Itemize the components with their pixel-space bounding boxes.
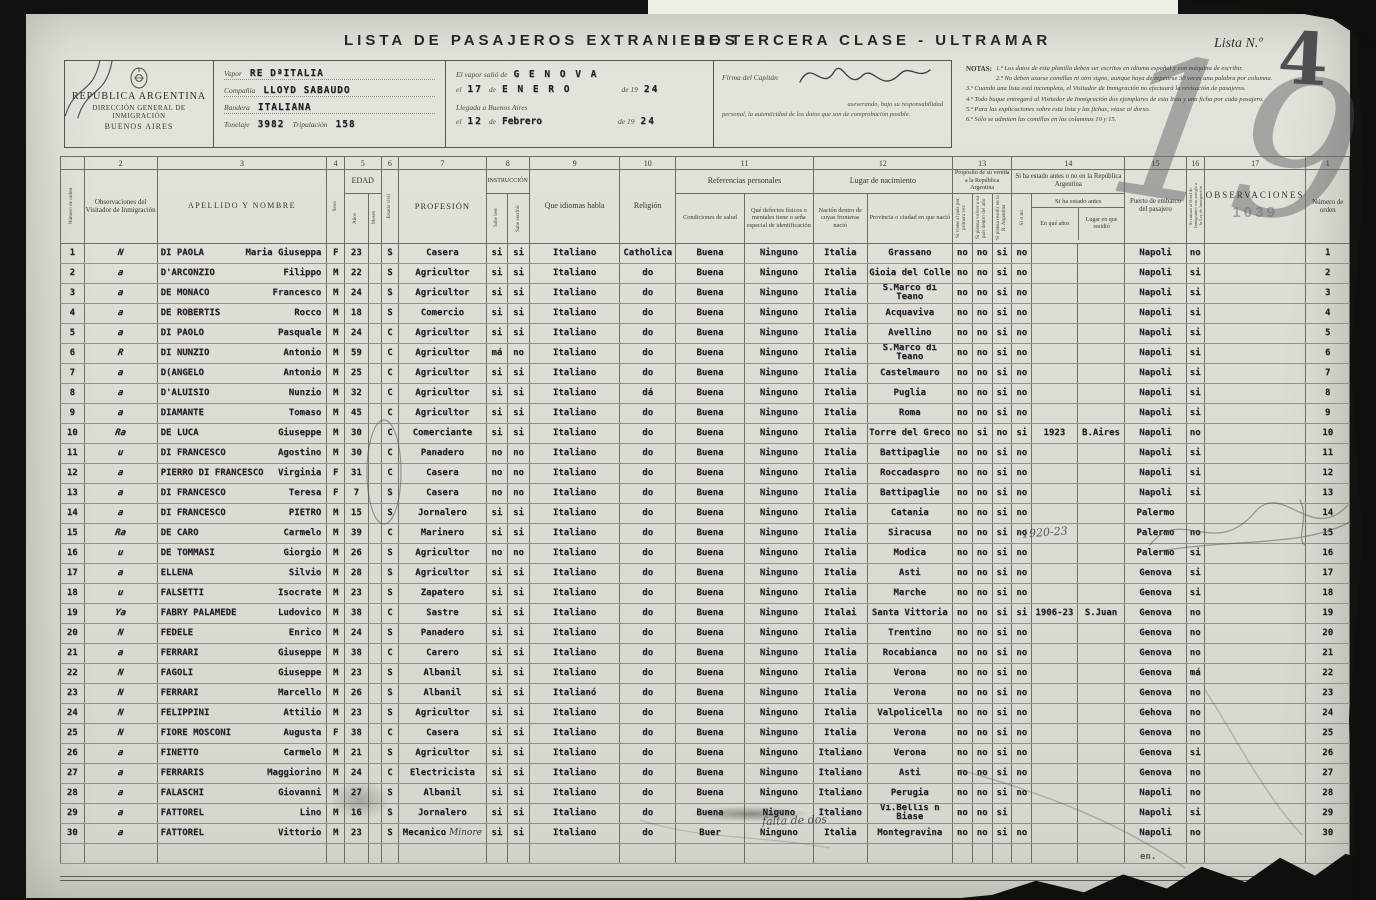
cell-civil: S	[381, 663, 399, 683]
cell-read: si	[486, 783, 508, 803]
cell-defects: Ninguno	[744, 723, 813, 743]
cell-port: Napoli	[1125, 483, 1186, 503]
cell-been: no	[1012, 323, 1032, 343]
cell-p2: no	[972, 523, 992, 543]
cell-been: no	[1012, 763, 1032, 783]
cell-p3: si	[992, 583, 1012, 603]
cell-hw: Ra	[83, 423, 159, 443]
cell-province: Rocabianca	[867, 643, 952, 663]
cell-months	[368, 523, 381, 543]
cell-years: 30	[344, 423, 368, 443]
cell-defects: Ninguno	[744, 683, 813, 703]
cell-defects: Ninguno	[744, 483, 813, 503]
cell-name: DI PAOLOPasquale	[157, 323, 327, 343]
scan-border-left	[0, 0, 26, 900]
cell-read: si	[486, 363, 508, 383]
cell-years: 45	[344, 403, 368, 423]
cell-name: FALSETTIIsocrate	[157, 583, 327, 603]
cell-rel: dá	[620, 383, 676, 403]
cell-obs	[1204, 743, 1306, 763]
cell-hotel: si	[1186, 383, 1204, 403]
cell-lang: Italiano	[529, 823, 619, 843]
cell-civil: S	[381, 503, 399, 523]
cell-write: si	[508, 603, 530, 623]
cell-sex: F	[327, 463, 345, 483]
cell-hw: a	[83, 263, 159, 283]
cell-sex: M	[327, 523, 345, 543]
cell-p3: si	[992, 303, 1012, 323]
cell-p3: si	[992, 403, 1012, 423]
cell-obs	[1204, 623, 1306, 643]
cell-nation: Italia	[813, 703, 867, 723]
cell-nation: Italia	[813, 623, 867, 643]
cell-read: si	[486, 303, 508, 323]
cell-ord: 14	[1306, 503, 1350, 523]
cell-name: FALASCHIGiovanni	[157, 783, 327, 803]
cell-health: Buena	[676, 543, 745, 563]
cell-p2: no	[972, 543, 992, 563]
cell-bplace	[1077, 403, 1125, 423]
cell-byears: 1923	[1032, 423, 1077, 443]
cell-sex: M	[327, 603, 345, 623]
table-row: 18uFALSETTIIsocrateM23SZapaterosisiItali…	[61, 583, 1350, 603]
cell-lang: Italiano	[529, 363, 619, 383]
table-row: 23NFERRARIMarcelloM26SAlbanilsisiItalian…	[61, 683, 1350, 703]
cell-byears	[1032, 803, 1077, 823]
cell-port: Palermo	[1125, 523, 1186, 543]
cell-ordcut: 29	[61, 803, 85, 823]
cell-province: Asti	[867, 563, 952, 583]
cell-been: no	[1012, 743, 1032, 763]
cell-bplace	[1077, 803, 1125, 823]
cell-name: DE ROBERTISRocco	[157, 303, 327, 323]
cell-p2: no	[972, 823, 992, 843]
cell-prof: Agricultor	[399, 703, 486, 723]
cell-name: DI FRANCESCOTeresa	[157, 483, 327, 503]
cell-prof: Albanil	[399, 683, 486, 703]
cell-ord: 28	[1306, 783, 1350, 803]
agency-direction: DIRECCIÓN GENERAL DE INMIGRACIÓN	[65, 104, 213, 120]
cell-been: no	[1012, 783, 1032, 803]
cell-nation: Italia	[813, 283, 867, 303]
cell-byears	[1032, 323, 1077, 343]
cell-civil: C	[381, 463, 399, 483]
cell-health: Buena	[676, 643, 745, 663]
cell-hw: u	[83, 583, 159, 603]
cell-years: 24	[344, 323, 368, 343]
cell-port: Genova	[1125, 583, 1186, 603]
note-3: 3.ª Cuando una lista está incompleta, el…	[966, 84, 1350, 94]
cell-write: si	[508, 803, 530, 823]
ship-info-box: Vapor RE DªITALIA Compañía LLOYD SABAUDO…	[214, 60, 446, 148]
cell-ord: 12	[1306, 463, 1350, 483]
empty-cell	[344, 843, 368, 863]
cell-years: 28	[344, 563, 368, 583]
cell-write: si	[508, 663, 530, 683]
cell-byears	[1032, 823, 1077, 843]
cell-defects: Ninguno	[744, 523, 813, 543]
cell-port: Napoli	[1125, 323, 1186, 343]
cell-ordcut: 23	[61, 683, 85, 703]
cell-sex: M	[327, 763, 345, 783]
table-row: 8aD'ALUISIONunzioM32CAgricultorsisiItali…	[61, 383, 1350, 403]
note-6: 6.ª Sólo se admiten las comillas en las …	[966, 115, 1350, 125]
cell-hotel	[1186, 503, 1204, 523]
cell-p2: no	[972, 443, 992, 463]
cell-been	[1012, 803, 1032, 823]
cell-bplace	[1077, 743, 1125, 763]
cell-name: FELIPPINIAttilio	[157, 703, 327, 723]
cell-sex: M	[327, 743, 345, 763]
empty-cell	[83, 843, 159, 863]
header-p1: Si viene al país por primera vez	[952, 193, 972, 243]
cell-name: FERRARIMarcello	[157, 683, 327, 703]
cell-hotel: si	[1186, 263, 1204, 283]
cell-name: FABRY PALAMEDELudovico	[157, 603, 327, 623]
table-row: 9aDIAMANTETomasoM45CAgricultorsisiItalia…	[61, 403, 1350, 423]
cell-ordcut: 17	[61, 563, 85, 583]
cell-been: no	[1012, 463, 1032, 483]
cell-defects: Ninguno	[744, 363, 813, 383]
cell-prof: Agricultor	[399, 323, 486, 343]
cell-read: si	[486, 503, 508, 523]
cell-civil: S	[381, 303, 399, 323]
cell-p1: no	[952, 663, 972, 683]
cell-lang: Italiano	[529, 783, 619, 803]
cell-been: no	[1012, 503, 1032, 523]
empty-cell	[1077, 843, 1125, 863]
cell-years: 23	[344, 663, 368, 683]
cell-civil: S	[381, 783, 399, 803]
cell-bplace	[1077, 683, 1125, 703]
tonelaje-label: Tonelaje	[224, 120, 250, 129]
cell-ordcut: 27	[61, 763, 85, 783]
cell-province: S.Marco di Teano	[867, 283, 952, 303]
cell-health: Buena	[676, 263, 745, 283]
cell-hw: a	[83, 283, 159, 303]
cell-name: DE MONACOFrancesco	[157, 283, 327, 303]
cell-nation: Italia	[813, 343, 867, 363]
cell-p3: si	[992, 243, 1012, 263]
agency-name: REPÚBLICA ARGENTINA	[65, 91, 213, 102]
cell-port: Genova	[1125, 623, 1186, 643]
cell-port: Genova	[1125, 763, 1186, 783]
note-4: 4.ª Todo buque entregará al Visitador de…	[966, 95, 1350, 105]
cell-province: Battipaglie	[867, 443, 952, 463]
cell-p3: si	[992, 723, 1012, 743]
empty-cell	[972, 843, 992, 863]
header-orden: Número de orden	[1306, 170, 1350, 244]
cell-health: Buena	[676, 763, 745, 783]
cell-p1: no	[952, 783, 972, 803]
cell-years: 24	[344, 763, 368, 783]
table-row: 12aPIERRO DI FRANCESCOVirginiaF31CCasera…	[61, 463, 1350, 483]
cell-years: 23	[344, 243, 368, 263]
cell-p1: no	[952, 483, 972, 503]
agency-box: REPÚBLICA ARGENTINA DIRECCIÓN GENERAL DE…	[64, 60, 214, 148]
cell-sex: M	[327, 563, 345, 583]
cell-ord: 1	[1306, 243, 1350, 263]
cell-years: 27	[344, 783, 368, 803]
cell-write: si	[508, 743, 530, 763]
cell-hotel: si	[1186, 323, 1204, 343]
cell-ord: 9	[1306, 403, 1350, 423]
cell-ordcut: 28	[61, 783, 85, 803]
argentina-coat-of-arms-icon	[129, 67, 149, 89]
colnum-12: 12	[813, 157, 952, 170]
cell-name: D'ALUISIONunzio	[157, 383, 327, 403]
cell-write: si	[508, 703, 530, 723]
cell-civil: S	[381, 803, 399, 823]
cell-p3: si	[992, 323, 1012, 343]
cell-name: FAGOLIGiuseppe	[157, 663, 327, 683]
cell-byears	[1032, 563, 1077, 583]
cell-health: Buena	[676, 603, 745, 623]
cell-read: si	[486, 323, 508, 343]
cell-bplace	[1077, 763, 1125, 783]
cell-prof: Agricultor	[399, 563, 486, 583]
cell-read: si	[486, 243, 508, 263]
cell-byears	[1032, 363, 1077, 383]
cell-nation: Italiano	[813, 783, 867, 803]
cell-bplace	[1077, 263, 1125, 283]
cell-years: 31	[344, 463, 368, 483]
cell-months	[368, 603, 381, 623]
cell-byears	[1032, 243, 1077, 263]
cell-civil: S	[381, 283, 399, 303]
cell-been: no	[1012, 703, 1032, 723]
cell-read: si	[486, 803, 508, 823]
cell-years: 38	[344, 603, 368, 623]
note-5: 5.ª Para las explicaciones sobre esta li…	[966, 105, 1350, 115]
cell-ordcut: 8	[61, 383, 85, 403]
cell-months	[368, 703, 381, 723]
empty-cell	[1012, 843, 1032, 863]
cell-sex: M	[327, 643, 345, 663]
header-edad: EDAD	[344, 170, 381, 194]
cell-p3: si	[992, 503, 1012, 523]
cell-province: Battipaglie	[867, 483, 952, 503]
table-row: 22NFAGOLIGiuseppeM23SAlbanilsisiItaliano…	[61, 663, 1350, 683]
cell-obs	[1204, 303, 1306, 323]
notes-title: NOTAS:	[966, 64, 992, 75]
cell-hw: a	[83, 363, 159, 383]
table-row: 10RaDE LUCAGiuseppeM30CComerciantesisiIt…	[61, 423, 1350, 443]
header-observaciones: OBSERVACIONES1039	[1204, 170, 1306, 244]
cell-obs	[1204, 283, 1306, 303]
cell-months	[368, 443, 381, 463]
cell-lang: Italiano	[529, 343, 619, 363]
cell-ordcut: 3	[61, 283, 85, 303]
cell-ordcut: 13	[61, 483, 85, 503]
cell-defects: Ninguno	[744, 583, 813, 603]
cell-read: si	[486, 643, 508, 663]
cell-hotel: si	[1186, 803, 1204, 823]
cell-byears	[1032, 303, 1077, 323]
cell-p3: si	[992, 463, 1012, 483]
cell-read: si	[486, 383, 508, 403]
header-ordcut: Número de orden	[61, 170, 85, 244]
cell-read: si	[486, 403, 508, 423]
cell-port: Napoli	[1125, 343, 1186, 363]
cell-byears	[1032, 283, 1077, 303]
cell-prof: Casera	[399, 463, 486, 483]
cell-nation: Italia	[813, 423, 867, 443]
arrival-year: 24	[640, 116, 655, 127]
document-paper: LISTA DE PASAJEROS EXTRANIEROS DE TERCER…	[26, 14, 1350, 898]
empty-cell	[813, 843, 867, 863]
cell-lang: Italiano	[529, 263, 619, 283]
cell-province: S.Marco di Teano	[867, 343, 952, 363]
cell-p1: no	[952, 723, 972, 743]
cell-obs	[1204, 423, 1306, 443]
cell-ord: 11	[1306, 443, 1350, 463]
departure-day: 17	[467, 84, 482, 95]
cell-nation: Italia	[813, 403, 867, 423]
cell-rel: do	[620, 803, 676, 823]
header-referencias: Referencias personales	[676, 170, 814, 194]
cell-civil: C	[381, 523, 399, 543]
cell-read: si	[486, 723, 508, 743]
cell-p3: si	[992, 443, 1012, 463]
table-row: 11uDI FRANCESCOAgostinoM30CPanaderononoI…	[61, 443, 1350, 463]
cell-read: si	[486, 743, 508, 763]
table-row: 14aDI FRANCESCOPIETROM15SJornalerosisiIt…	[61, 503, 1350, 523]
cell-write: si	[508, 383, 530, 403]
cell-prof: Casera	[399, 723, 486, 743]
cell-write: si	[508, 723, 530, 743]
cell-province: Avellino	[867, 323, 952, 343]
cell-p2: no	[972, 603, 992, 623]
cell-obs	[1204, 503, 1306, 523]
cell-lang: Italiano	[529, 603, 619, 623]
cell-read: no	[486, 483, 508, 503]
cell-nation: Italia	[813, 723, 867, 743]
cell-civil: S	[381, 263, 399, 283]
cell-bplace	[1077, 483, 1125, 503]
cell-sex: M	[327, 703, 345, 723]
vapor-value: RE DªITALIA	[250, 68, 324, 79]
cell-ordcut: 1	[61, 243, 85, 263]
cell-hotel: si	[1186, 443, 1204, 463]
cell-health: Buena	[676, 243, 745, 263]
cell-name: FIORE MOSCONIAugusta	[157, 723, 327, 743]
cell-months	[368, 683, 381, 703]
cell-lang: Italiano	[529, 803, 619, 823]
cell-p1: no	[952, 563, 972, 583]
header-band: REPÚBLICA ARGENTINA DIRECCIÓN GENERAL DE…	[64, 60, 1356, 148]
cell-hw: a	[83, 403, 159, 423]
cell-health: Buena	[676, 563, 745, 583]
cell-write: no	[508, 343, 530, 363]
cell-read: no	[486, 463, 508, 483]
table-row: 30aFATTORELVittorioM23SMecanico Minoresi…	[61, 823, 1350, 843]
cell-nation: Italiano	[813, 763, 867, 783]
cell-nation: Italia	[813, 583, 867, 603]
cell-p3: si	[992, 363, 1012, 383]
cell-civil: C	[381, 343, 399, 363]
cell-ordcut: 25	[61, 723, 85, 743]
cell-years: 24	[344, 283, 368, 303]
cell-p2: no	[972, 703, 992, 723]
cell-ordcut: 30	[61, 823, 85, 843]
cell-port: Napoli	[1125, 283, 1186, 303]
cell-name: FEDELEEnrico	[157, 623, 327, 643]
header-en-que-anos: En qué años	[1032, 208, 1078, 240]
cell-obs	[1204, 663, 1306, 683]
cell-province: Torre del Greco	[867, 423, 952, 443]
cell-lang: Italianó	[529, 683, 619, 703]
cell-read: si	[486, 263, 508, 283]
cell-bplace	[1077, 443, 1125, 463]
cell-read: si	[486, 683, 508, 703]
cell-p3: si	[992, 343, 1012, 363]
cell-name: FATTORELLino	[157, 803, 327, 823]
cell-ord: 6	[1306, 343, 1350, 363]
header-estado-antes: Si ha estado antes o no en la República …	[1012, 170, 1125, 194]
table-row: 5aDI PAOLOPasqualeM24CAgricultorsisiItal…	[61, 323, 1350, 343]
cell-hw: u	[83, 543, 159, 563]
cell-rel: do	[620, 663, 676, 683]
compania-value: LLOYD SABAUDO	[263, 85, 350, 96]
cell-civil: S	[381, 543, 399, 563]
cell-bplace	[1077, 503, 1125, 523]
cell-p2: no	[972, 463, 992, 483]
cell-province: Verona	[867, 663, 952, 683]
cell-rel: do	[620, 603, 676, 623]
empty-cell	[1186, 843, 1204, 863]
cell-bplace	[1077, 523, 1125, 543]
cell-province: Acquaviva	[867, 303, 952, 323]
cell-health: Buena	[676, 403, 745, 423]
cell-lang: Italiano	[529, 423, 619, 443]
cell-hw: Ya	[83, 603, 159, 623]
cell-hotel: si	[1186, 343, 1204, 363]
cell-province: Roccadaspro	[867, 463, 952, 483]
cell-p2: no	[972, 383, 992, 403]
header-estado-civil: Estado civil	[381, 170, 399, 244]
cell-civil: C	[381, 643, 399, 663]
cell-prof: Sastre	[399, 603, 486, 623]
cell-p1: no	[952, 403, 972, 423]
header-hotel: Si entrará al Hotel de Inmigrantes con a…	[1186, 170, 1204, 244]
cell-months	[368, 303, 381, 323]
cell-prof: Jornalero	[399, 803, 486, 823]
cell-lang: Italiano	[529, 443, 619, 463]
cell-province: Castelmauro	[867, 363, 952, 383]
cell-ord: 30	[1306, 823, 1350, 843]
table-row: 26aFINETTOCarmeloM21SAgricultorsisiItali…	[61, 743, 1350, 763]
cell-p1: no	[952, 423, 972, 443]
cell-province: Roma	[867, 403, 952, 423]
cell-defects: Ninguno	[744, 243, 813, 263]
cell-hw: a	[83, 823, 159, 843]
empty-cell	[620, 843, 676, 863]
cell-ordcut: 16	[61, 543, 85, 563]
cell-read: si	[486, 703, 508, 723]
cell-obs	[1204, 783, 1306, 803]
cell-defects: Ninguno	[744, 443, 813, 463]
cell-months	[368, 363, 381, 383]
cell-civil: S	[381, 743, 399, 763]
cell-p1: no	[952, 583, 972, 603]
cell-ordcut: 20	[61, 623, 85, 643]
passenger-table: 2 3 4 5 6 7 8 9 10 11 12 13 14 15 16 17	[60, 156, 1350, 864]
cell-hw: N	[83, 623, 159, 643]
cell-port: Napoli	[1125, 423, 1186, 443]
cell-obs	[1204, 543, 1306, 563]
cell-ord: 10	[1306, 423, 1350, 443]
